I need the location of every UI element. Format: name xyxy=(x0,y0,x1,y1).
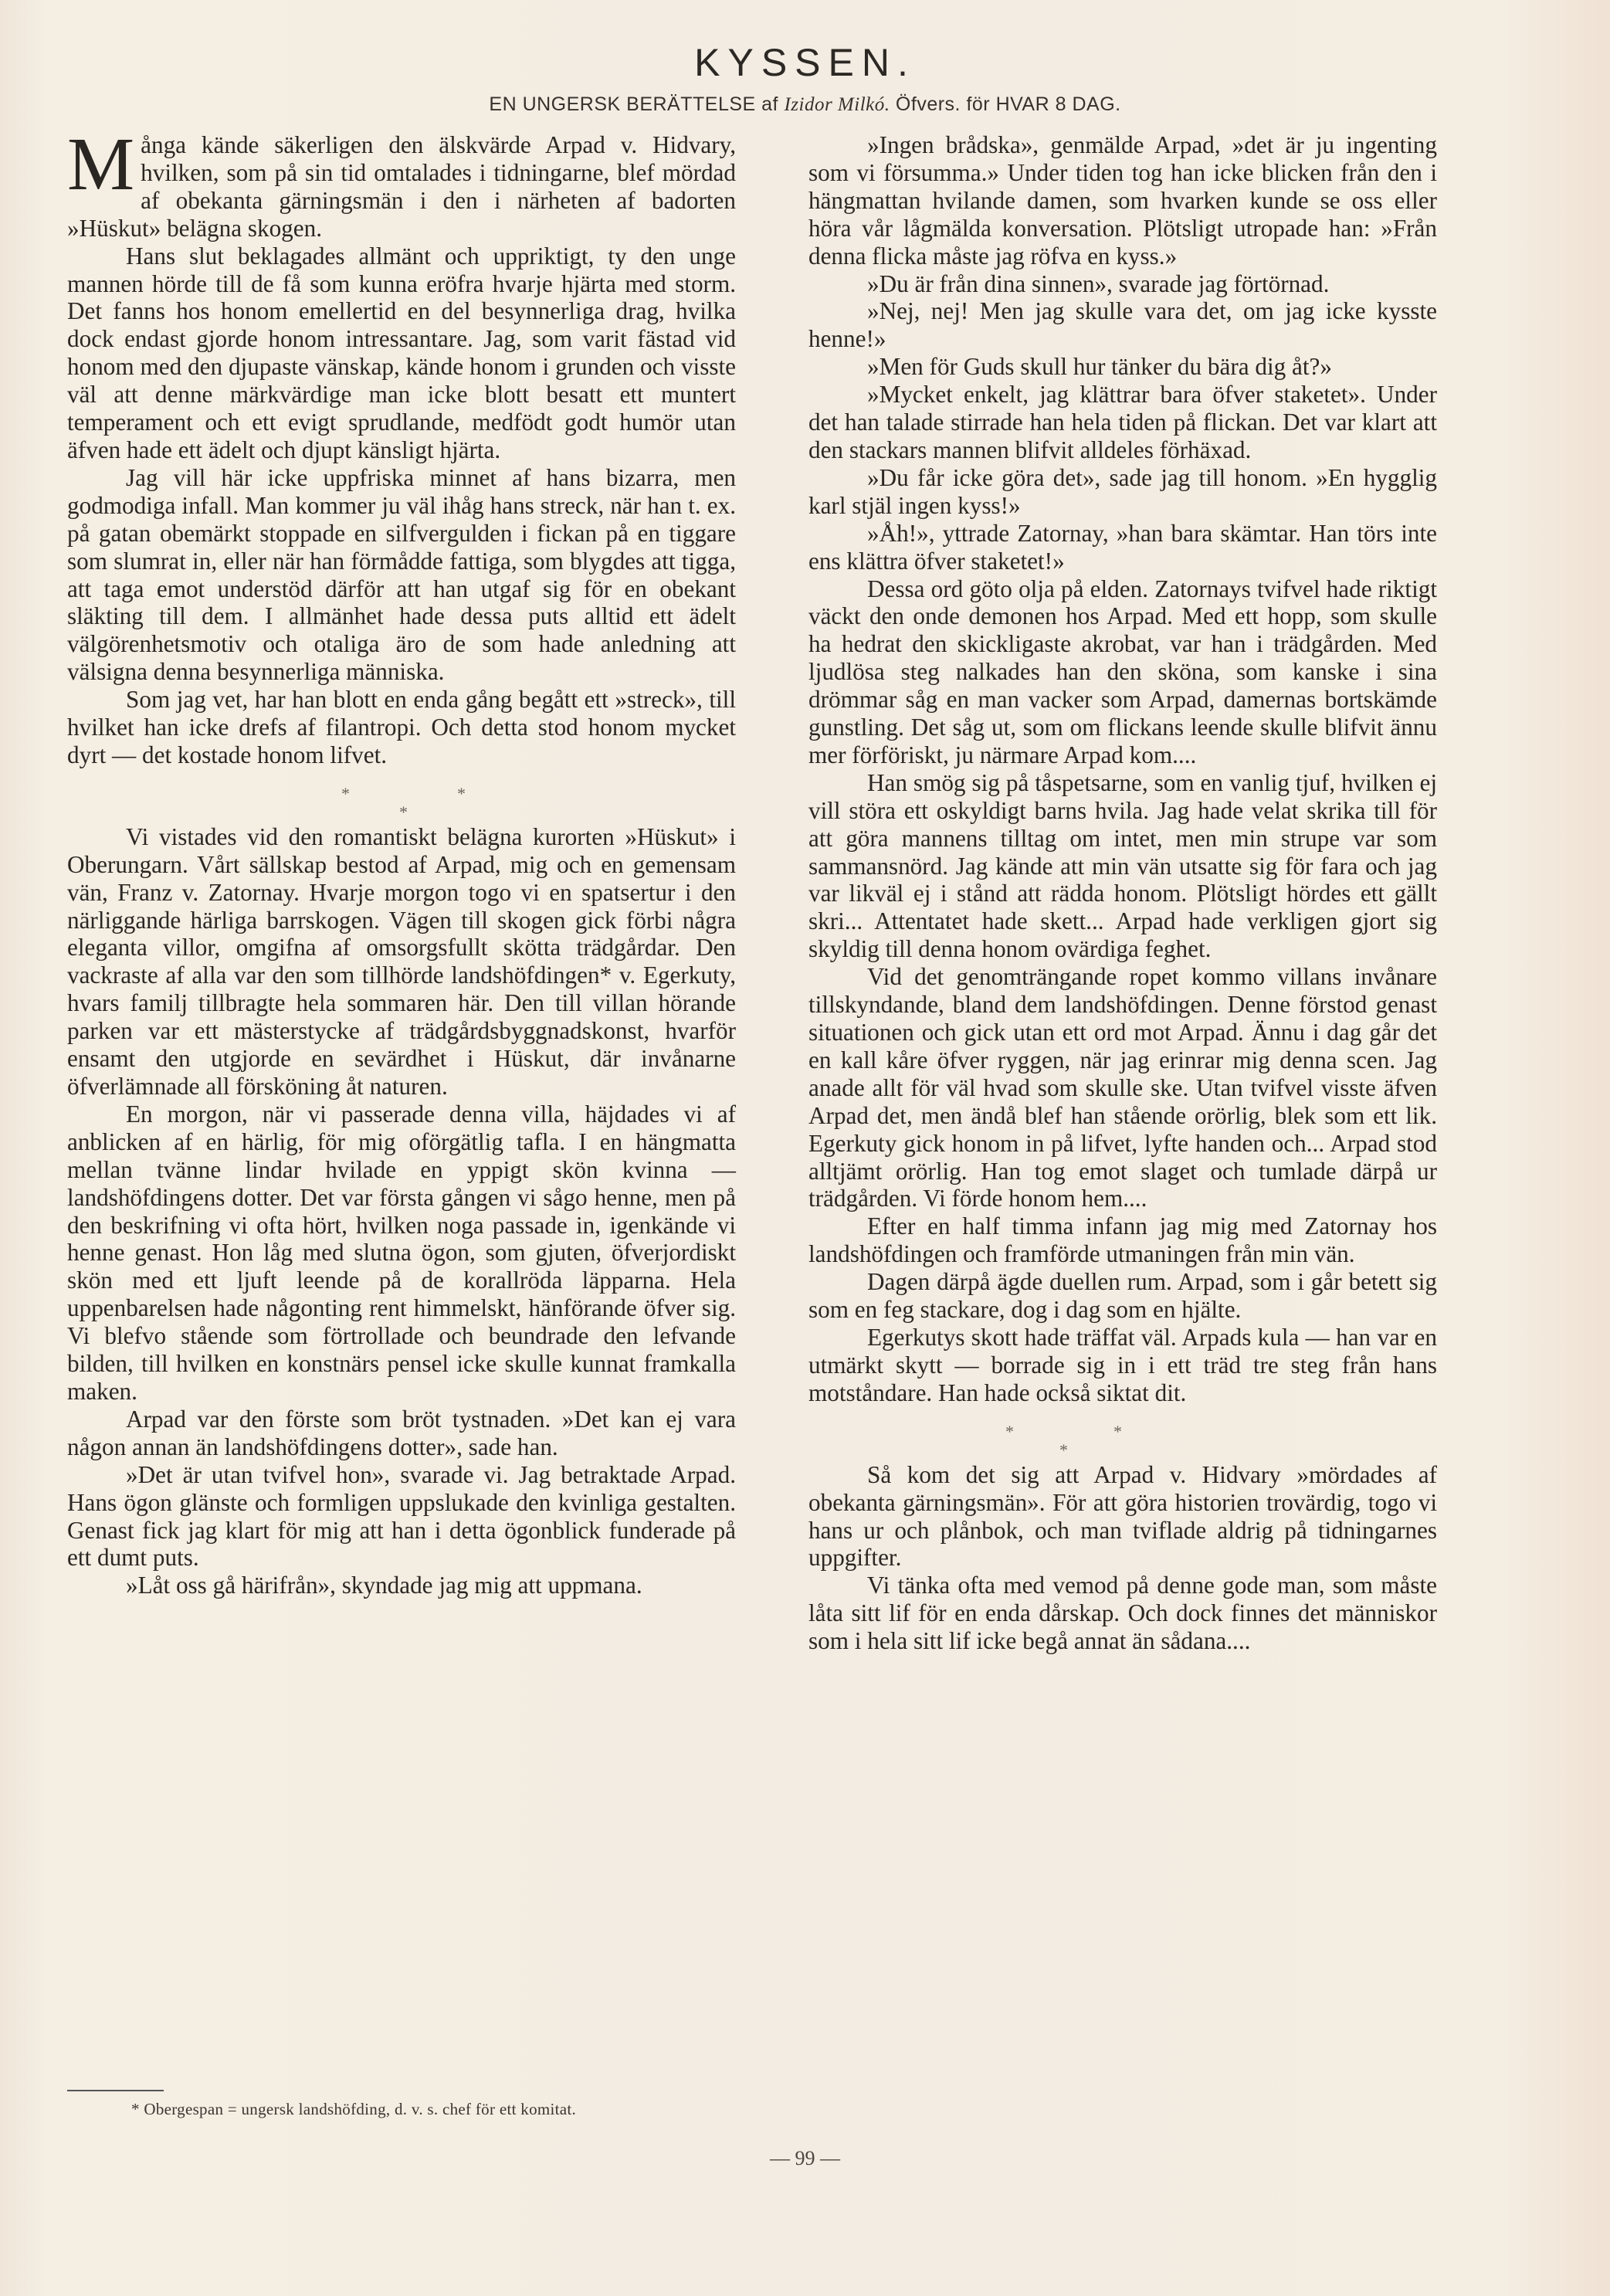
right-column: »Ingen brådska», genmälde Arpad, »det är… xyxy=(808,131,1437,1655)
paragraph: Dessa ord göto olja på elden. Zatornays … xyxy=(808,575,1437,769)
paragraph: Han smög sig på tåspetsarne, som en vanl… xyxy=(808,769,1437,963)
paragraph: Så kom det sig att Arpad v. Hidvary »mör… xyxy=(808,1461,1437,1572)
subtitle-suffix: Öfvers. för HVAR 8 DAG. xyxy=(890,93,1120,115)
paragraph: »Du får icke göra det», sade jag till ho… xyxy=(808,464,1437,520)
paragraph: Jag vill här icke uppfriska minnet af ha… xyxy=(67,464,736,686)
paragraph: Efter en half timma infann jag mig med Z… xyxy=(808,1212,1437,1268)
paragraph: »Ingen brådska», genmälde Arpad, »det är… xyxy=(808,131,1437,270)
paragraph: En morgon, när vi passerade denna villa,… xyxy=(67,1101,736,1406)
paragraph: Dagen därpå ägde duellen rum. Arpad, som… xyxy=(808,1268,1437,1324)
paragraph: »Åh!», yttrade Zatornay, »han bara skämt… xyxy=(808,520,1437,575)
paragraph: »Du är från dina sinnen», svarade jag fö… xyxy=(808,270,1437,298)
paragraph: Vid det genomträngande ropet kommo villa… xyxy=(808,963,1437,1212)
paragraph: »Nej, nej! Men jag skulle vara det, om j… xyxy=(808,297,1437,353)
paragraph: »Mycket enkelt, jag klättrar bara öfver … xyxy=(808,381,1437,464)
magazine-page: KYSSEN. EN UNGERSK BERÄTTELSE af Izidor … xyxy=(0,0,1610,2296)
paragraph: Arpad var den förste som bröt tystnaden.… xyxy=(67,1406,736,1461)
paragraph: »Men för Guds skull hur tänker du bära d… xyxy=(808,353,1437,381)
paragraph: Hans slut beklagades allmänt och upprikt… xyxy=(67,242,736,464)
footnote-rule xyxy=(67,2090,164,2091)
article-title: KYSSEN. xyxy=(0,40,1610,85)
drop-cap: M xyxy=(67,134,134,195)
subtitle-prefix: EN UNGERSK BERÄTTELSE af xyxy=(489,93,784,115)
section-separator: *** xyxy=(67,769,736,823)
paragraph: Egerkutys skott hade träffat väl. Arpads… xyxy=(808,1324,1437,1407)
footnote: * Obergespan = ungersk landshöfding, d. … xyxy=(131,2100,576,2119)
paragraph: »Det är utan tvifvel hon», svarade vi. J… xyxy=(67,1461,736,1572)
paragraph: Som jag vet, har han blott en enda gång … xyxy=(67,686,736,769)
page-number: — 99 — xyxy=(0,2147,1610,2170)
left-column: Många kände säkerligen den älskvärde Arp… xyxy=(67,131,736,1599)
paragraph: Vi tänka ofta med vemod på denne gode ma… xyxy=(808,1572,1437,1655)
paragraph: »Låt oss gå härifrån», skyndade jag mig … xyxy=(67,1572,736,1599)
paragraph: Många kände säkerligen den älskvärde Arp… xyxy=(67,131,736,242)
author-name: Izidor Milkó. xyxy=(784,94,890,115)
article-subtitle: EN UNGERSK BERÄTTELSE af Izidor Milkó. Ö… xyxy=(0,93,1610,116)
section-separator: *** xyxy=(808,1407,1437,1461)
paragraph: Vi vistades vid den romantiskt belägna k… xyxy=(67,823,736,1101)
